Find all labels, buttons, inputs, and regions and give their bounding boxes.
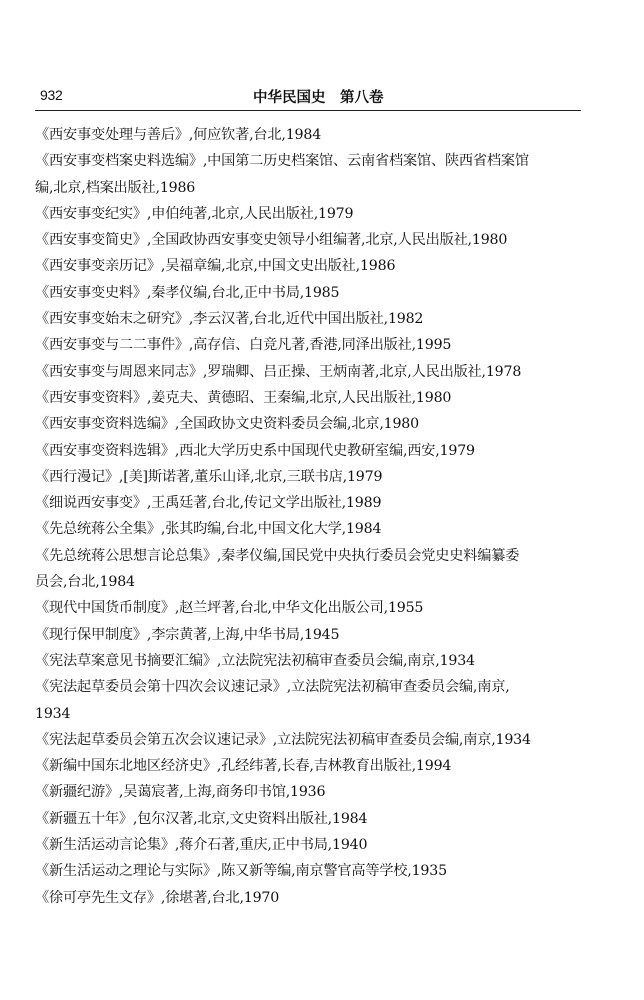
- entry-line: 《宪法起草委员会第五次会议速记录》,立法院宪法初稿审查委员会编,南京,1934: [70, 727, 583, 753]
- bibliography-entry: 《西安事变亲历记》,吴福章编,北京,中国文史出版社,1986: [35, 253, 583, 279]
- entry-line: 《西安事变史料》,秦孝仪编,台北,正中书局,1985: [70, 280, 583, 306]
- bibliography-entry: 《细说西安事变》,王禹廷著,台北,传记文学出版社,1989: [35, 490, 583, 516]
- running-title: 中华民国史 第八卷: [253, 86, 384, 107]
- entry-line: 《西安事变与周恩来同志》,罗瑞卿、吕正操、王炳南著,北京,人民出版社,1978: [70, 359, 583, 385]
- bibliography-entry: 《徐可亭先生文存》,徐堪著,台北,1970: [35, 885, 583, 911]
- entry-line: 《新编中国东北地区经济史》,孔经纬著,长春,吉林教育出版社,1994: [70, 753, 583, 779]
- entry-continuation-line: 1934: [70, 701, 583, 727]
- entry-line: 《新生活运动言论集》,蒋介石著,重庆,正中书局,1940: [70, 832, 583, 858]
- entry-line: 《西行漫记》,[美]斯诺著,董乐山译,北京,三联书店,1979: [70, 464, 583, 490]
- entry-line: 《新生活运动之理论与实际》,陈又新等编,南京警官高等学校,1935: [70, 858, 583, 884]
- bibliography-entry: 《新生活运动言论集》,蒋介石著,重庆,正中书局,1940: [35, 832, 583, 858]
- entry-line: 《西安事变与二二事件》,高存信、白竞凡著,香港,同泽出版社,1995: [70, 332, 583, 358]
- bibliography-entry: 《宪法起草委员会第五次会议速记录》,立法院宪法初稿审查委员会编,南京,1934: [35, 727, 583, 753]
- entry-line: 《西安事变资料》,姜克夫、黄德昭、王秦编,北京,人民出版社,1980: [70, 385, 583, 411]
- bibliography-entry: 《西安事变与二二事件》,高存信、白竞凡著,香港,同泽出版社,1995: [35, 332, 583, 358]
- bibliography-entry: 《宪法起草委员会第十四次会议速记录》,立法院宪法初稿审查委员会编,南京,1934: [35, 674, 583, 727]
- entry-line: 《现行保甲制度》,李宗黄著,上海,中华书局,1945: [70, 622, 583, 648]
- entry-line: 《宪法草案意见书摘要汇编》,立法院宪法初稿审查委员会编,南京,1934: [70, 648, 583, 674]
- bibliography-entry: 《西安事变始末之研究》,李云汉著,台北,近代中国出版社,1982: [35, 306, 583, 332]
- bibliography-entry: 《新生活运动之理论与实际》,陈又新等编,南京警官高等学校,1935: [35, 858, 583, 884]
- bibliography-entry: 《西安事变与周恩来同志》,罗瑞卿、吕正操、王炳南著,北京,人民出版社,1978: [35, 359, 583, 385]
- bibliography-entry: 《新疆五十年》,包尔汉著,北京,文史资料出版社,1984: [35, 806, 583, 832]
- entry-line: 《现代中国货币制度》,赵兰坪著,台北,中华文化出版公司,1955: [70, 595, 583, 621]
- entry-continuation-line: 编,北京,档案出版社,1986: [70, 175, 583, 201]
- bibliography-entry: 《宪法草案意见书摘要汇编》,立法院宪法初稿审查委员会编,南京,1934: [35, 648, 583, 674]
- bibliography-entry: 《新疆纪游》,吴蔼宸著,上海,商务印书馆,1936: [35, 779, 583, 805]
- bibliography-entry: 《新编中国东北地区经济史》,孔经纬著,长春,吉林教育出版社,1994: [35, 753, 583, 779]
- entry-line: 《先总统蒋公思想言论总集》,秦孝仪编,国民党中央执行委员会党史史料编纂委: [70, 543, 583, 569]
- entry-line: 《先总统蒋公全集》,张其昀编,台北,中国文化大学,1984: [70, 516, 583, 542]
- bibliography-entry: 《西行漫记》,[美]斯诺著,董乐山译,北京,三联书店,1979: [35, 464, 583, 490]
- bibliography-entry: 《西安事变简史》,全国政协西安事变史领导小组编著,北京,人民出版社,1980: [35, 227, 583, 253]
- entry-line: 《徐可亭先生文存》,徐堪著,台北,1970: [70, 885, 583, 911]
- entry-line: 《西安事变始末之研究》,李云汉著,台北,近代中国出版社,1982: [70, 306, 583, 332]
- bibliography-entry: 《西安事变资料》,姜克夫、黄德昭、王秦编,北京,人民出版社,1980: [35, 385, 583, 411]
- bibliography-list: 《西安事变处理与善后》,何应钦著,台北,1984《西安事变档案史料选编》,中国第…: [35, 122, 583, 911]
- entry-line: 《西安事变资料选辑》,西北大学历史系中国现代史教研室编,西安,1979: [70, 438, 583, 464]
- bibliography-entry: 《西安事变资料选辑》,西北大学历史系中国现代史教研室编,西安,1979: [35, 438, 583, 464]
- entry-line: 《西安事变简史》,全国政协西安事变史领导小组编著,北京,人民出版社,1980: [70, 227, 583, 253]
- entry-line: 《新疆纪游》,吴蔼宸著,上海,商务印书馆,1936: [70, 779, 583, 805]
- entry-line: 《西安事变处理与善后》,何应钦著,台北,1984: [70, 122, 583, 148]
- bibliography-entry: 《西安事变史料》,秦孝仪编,台北,正中书局,1985: [35, 280, 583, 306]
- entry-line: 《西安事变资料选编》,全国政协文史资料委员会编,北京,1980: [70, 411, 583, 437]
- header-rule: [35, 110, 581, 111]
- bibliography-entry: 《现代中国货币制度》,赵兰坪著,台北,中华文化出版公司,1955: [35, 595, 583, 621]
- bibliography-entry: 《现行保甲制度》,李宗黄著,上海,中华书局,1945: [35, 622, 583, 648]
- entry-line: 《西安事变档案史料选编》,中国第二历史档案馆、云南省档案馆、陕西省档案馆: [70, 148, 583, 174]
- entry-line: 《西安事变纪实》,申伯纯著,北京,人民出版社,1979: [70, 201, 583, 227]
- bibliography-entry: 《西安事变档案史料选编》,中国第二历史档案馆、云南省档案馆、陕西省档案馆编,北京…: [35, 148, 583, 201]
- entry-line: 《新疆五十年》,包尔汉著,北京,文史资料出版社,1984: [70, 806, 583, 832]
- entry-line: 《细说西安事变》,王禹廷著,台北,传记文学出版社,1989: [70, 490, 583, 516]
- bibliography-entry: 《先总统蒋公思想言论总集》,秦孝仪编,国民党中央执行委员会党史史料编纂委员会,台…: [35, 543, 583, 596]
- bibliography-entry: 《西安事变处理与善后》,何应钦著,台北,1984: [35, 122, 583, 148]
- entry-continuation-line: 员会,台北,1984: [70, 569, 583, 595]
- entry-line: 《宪法起草委员会第十四次会议速记录》,立法院宪法初稿审查委员会编,南京,: [70, 674, 583, 700]
- page-header: 932 中华民国史 第八卷: [40, 84, 580, 106]
- entry-line: 《西安事变亲历记》,吴福章编,北京,中国文史出版社,1986: [70, 253, 583, 279]
- bibliography-entry: 《先总统蒋公全集》,张其昀编,台北,中国文化大学,1984: [35, 516, 583, 542]
- bibliography-entry: 《西安事变资料选编》,全国政协文史资料委员会编,北京,1980: [35, 411, 583, 437]
- bibliography-entry: 《西安事变纪实》,申伯纯著,北京,人民出版社,1979: [35, 201, 583, 227]
- page-number: 932: [40, 87, 62, 103]
